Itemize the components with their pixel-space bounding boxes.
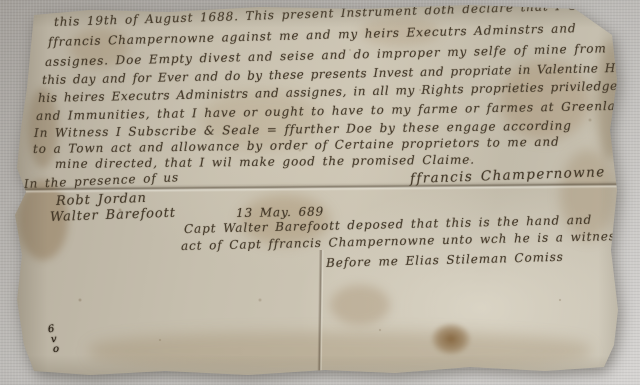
stain — [330, 285, 390, 325]
witness-name: Walter Barefoott — [50, 208, 176, 224]
vertical-fold-crease — [317, 250, 324, 378]
deposition-date: 13 May. 689 — [236, 205, 324, 219]
ink-mark: o — [53, 344, 59, 355]
stain — [90, 332, 590, 370]
stain — [430, 322, 472, 356]
paper-wrap: this 19th of August 1688. This present I… — [0, 0, 640, 385]
witness-name: Robt Jordan — [56, 193, 147, 208]
manuscript-photo: this 19th of August 1688. This present I… — [0, 0, 640, 385]
attestation-line: Before me Elias Stileman Comiss — [326, 251, 564, 269]
deed-line: mine directed, that I wil make good the … — [55, 154, 475, 170]
document-paper: this 19th of August 1688. This present I… — [0, 0, 640, 385]
